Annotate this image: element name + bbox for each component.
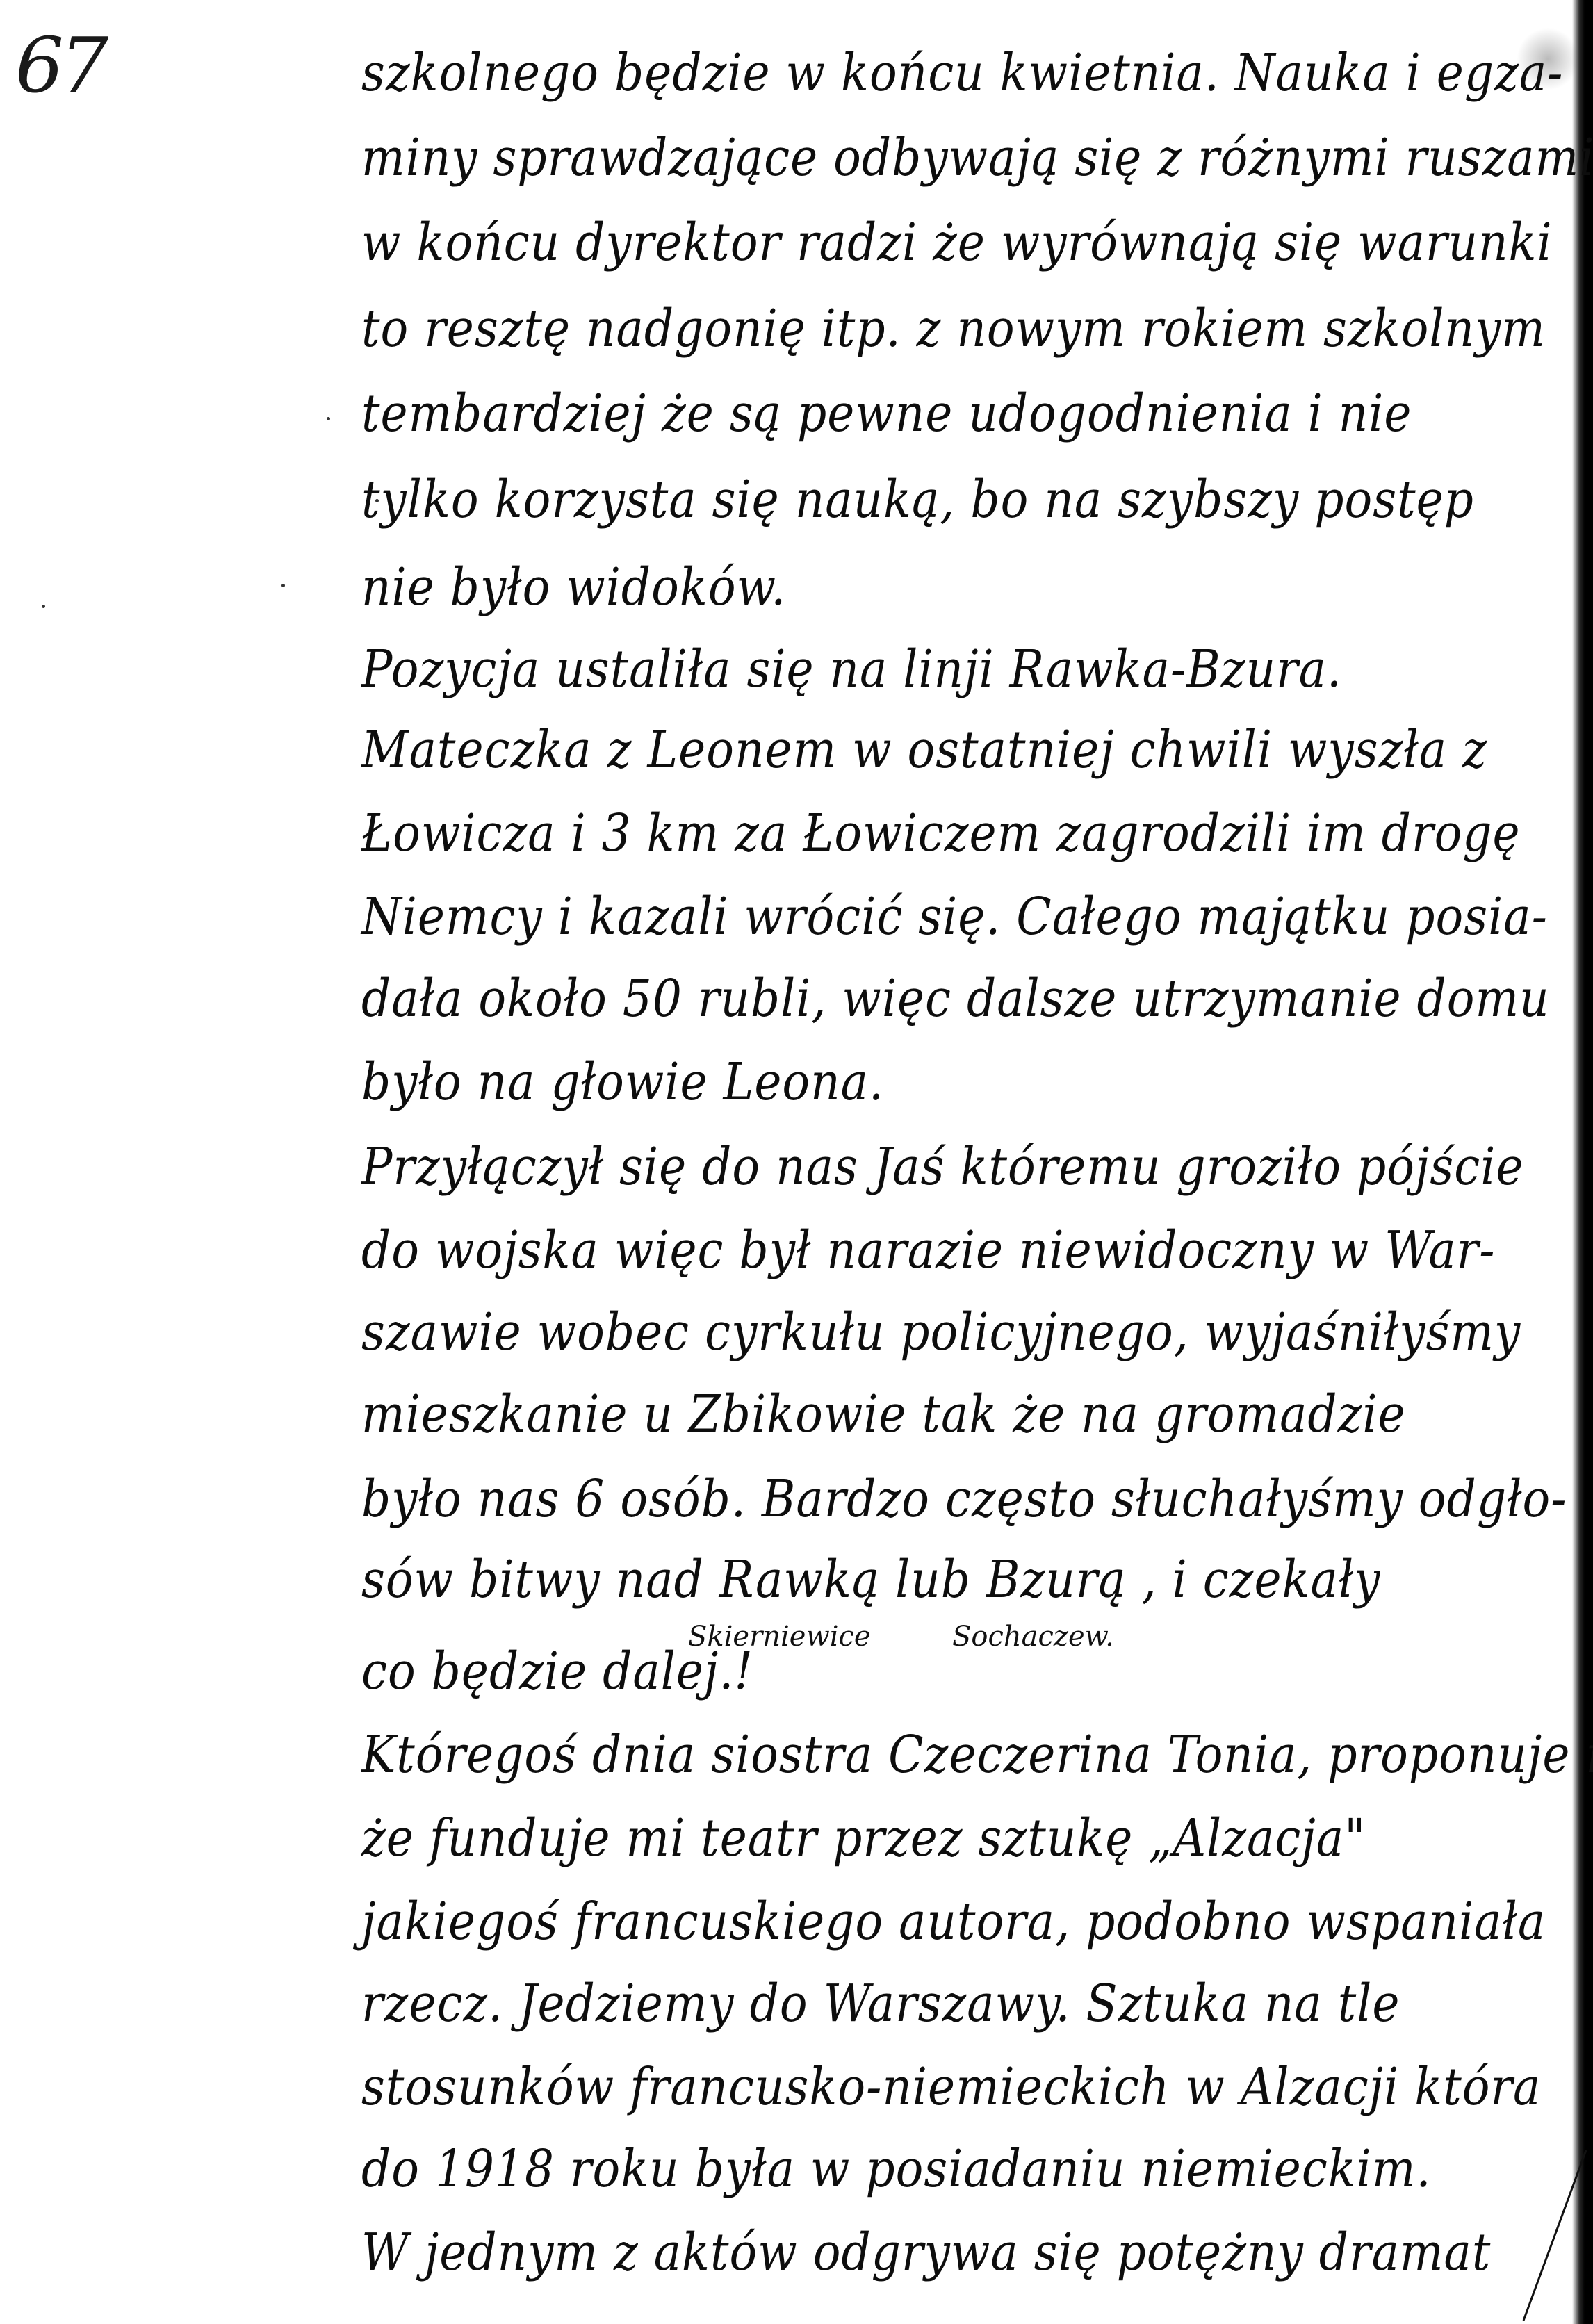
text-line: miny sprawdzające odbywają się z różnymi… xyxy=(361,126,1593,189)
annotation-under-bzura: Sochaczew. xyxy=(952,1621,1114,1653)
text-line: szkolnego będzie w końcu kwietnia. Nauka… xyxy=(361,42,1564,104)
text-line: Któregoś dnia siostra Czeczerina Tonia, … xyxy=(361,1724,1593,1786)
text-line: Przyłączył się do nas Jaś któremu groził… xyxy=(361,1136,1523,1198)
text-line: stosunków francusko-niemieckich w Alzacj… xyxy=(361,2056,1541,2118)
text-line: dała około 50 rubli, więc dalsze utrzyma… xyxy=(361,967,1550,1030)
text-line: tylko korzysta się nauką, bo na szybszy … xyxy=(361,468,1474,531)
text-line: Niemcy i kazali wrócić się. Całego mająt… xyxy=(361,885,1548,948)
corner-pen-stroke xyxy=(1510,2143,1593,2324)
text-line: tembardziej że są pewne udogodnienia i n… xyxy=(361,382,1412,445)
text-line: rzecz. Jedziemy do Warszawy. Sztuka na t… xyxy=(361,1972,1400,2035)
text-line: było na głowie Leona. xyxy=(361,1051,884,1113)
text-line: do wojska więc był narazie niewidoczny w… xyxy=(361,1219,1496,1282)
margin-mark xyxy=(42,605,45,608)
text-line: było nas 6 osób. Bardzo często słuchałyś… xyxy=(361,1468,1567,1530)
page-edge-shadow xyxy=(1572,0,1593,2324)
text-line: Mateczka z Leonem w ostatniej chwili wys… xyxy=(361,719,1487,781)
margin-mark xyxy=(281,584,285,587)
text-line: Łowicza i 3 km za Łowiczem zagrodzili im… xyxy=(361,802,1521,865)
text-line: że funduje mi teatr przez sztukę „Alzacj… xyxy=(361,1807,1366,1869)
text-line: sów bitwy nad Rawką lub Bzurą , i czekał… xyxy=(361,1548,1381,1611)
text-line: co będzie dalej.! xyxy=(361,1640,753,1703)
text-line: Pozycja ustaliła się na linji Rawka-Bzur… xyxy=(361,638,1342,701)
text-line: w końcu dyrektor radzi że wyrównają się … xyxy=(361,211,1553,274)
text-line: jakiegoś francuskiego autora, podobno ws… xyxy=(361,1890,1546,1953)
text-line: nie było widoków. xyxy=(361,556,786,619)
text-line: do 1918 roku była w posiadaniu niemiecki… xyxy=(361,2138,1431,2200)
text-line: mieszkanie u Zbikowie tak że na gromadzi… xyxy=(361,1383,1406,1446)
text-line: to resztę nadgonię itp. z nowym rokiem s… xyxy=(361,297,1546,360)
margin-mark xyxy=(327,417,330,420)
text-line: szawie wobec cyrkułu policyjnego, wyjaśn… xyxy=(361,1301,1521,1364)
manuscript-page: 67 szkolnego będzie w końcu kwietnia. Na… xyxy=(0,0,1593,2324)
text-line: W jednym z aktów odgrywa się potężny dra… xyxy=(361,2221,1491,2284)
page-number: 67 xyxy=(15,21,104,110)
